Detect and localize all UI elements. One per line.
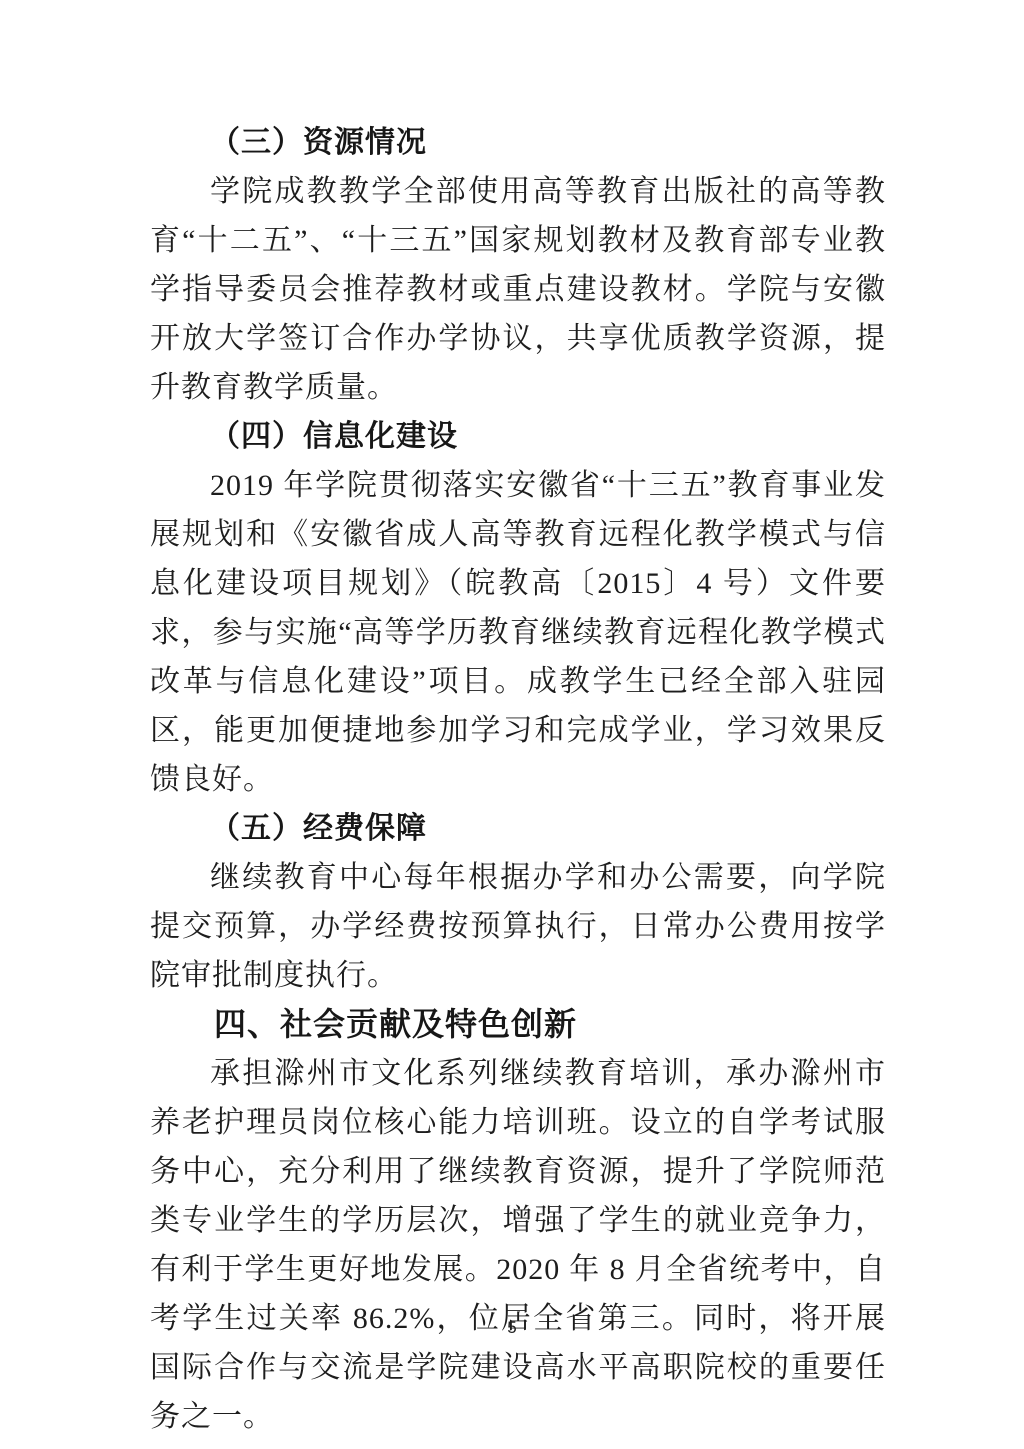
section-resources: （三）资源情况 学院成教教学全部使用高等教育出版社的高等教育“十二五”、“十三五… xyxy=(150,118,886,412)
section-funding: （五）经费保障 继续教育中心每年根据办学和办公需要，向学院提交预算，办学经费按预… xyxy=(150,804,886,1000)
document-body: （三）资源情况 学院成教教学全部使用高等教育出版社的高等教育“十二五”、“十三五… xyxy=(150,118,886,1441)
paragraph-social-contribution: 承担滁州市文化系列继续教育培训，承办滁州市养老护理员岗位核心能力培训班。设立的自… xyxy=(150,1049,886,1441)
paragraph-informatization: 2019 年学院贯彻落实安徽省“十三五”教育事业发展规划和《安徽省成人高等教育远… xyxy=(150,461,886,804)
section-informatization: （四）信息化建设 2019 年学院贯彻落实安徽省“十三五”教育事业发展规划和《安… xyxy=(150,412,886,804)
heading-resources: （三）资源情况 xyxy=(150,118,886,167)
paragraph-resources: 学院成教教学全部使用高等教育出版社的高等教育“十二五”、“十三五”国家规划教材及… xyxy=(150,167,886,412)
heading-informatization: （四）信息化建设 xyxy=(150,412,886,461)
section-social-contribution: 四、社会贡献及特色创新 承担滁州市文化系列继续教育培训，承办滁州市养老护理员岗位… xyxy=(150,1000,886,1441)
page-number: 5 xyxy=(0,1318,1024,1338)
paragraph-funding: 继续教育中心每年根据办学和办公需要，向学院提交预算，办学经费按预算执行，日常办公… xyxy=(150,853,886,1000)
heading-funding: （五）经费保障 xyxy=(150,804,886,853)
heading-social-contribution: 四、社会贡献及特色创新 xyxy=(150,1000,886,1049)
document-page: （三）资源情况 学院成教教学全部使用高等教育出版社的高等教育“十二五”、“十三五… xyxy=(0,0,1024,1449)
